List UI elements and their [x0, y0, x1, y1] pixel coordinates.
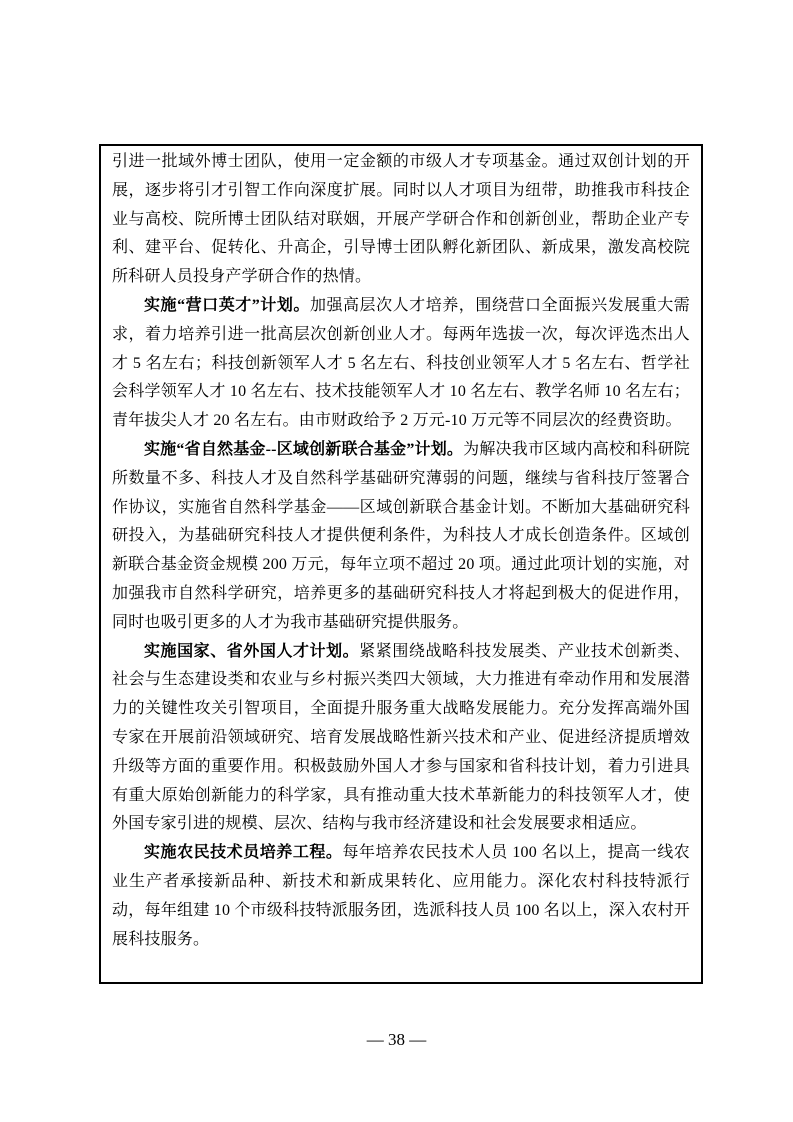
- document-page: 引进一批域外博士团队，使用一定金额的市级人才专项基金。通过双创计划的开展，逐步将…: [0, 0, 793, 1122]
- paragraph-body: 加强高层次人才培养，围绕营口全面振兴发展重大需求，着力培养引进一批高层次创新创业…: [112, 297, 690, 429]
- paragraph-lead: 实施国家、省外国人才计划。: [144, 643, 359, 660]
- content-border-box: 引进一批域外博士团队，使用一定金额的市级人才专项基金。通过双创计划的开展，逐步将…: [99, 144, 703, 984]
- paragraph-doctoral-teams-continuation: 引进一批域外博士团队，使用一定金额的市级人才专项基金。通过双创计划的开展，逐步将…: [112, 148, 690, 292]
- paragraph-lead: 实施“营口英才”计划。: [144, 297, 310, 314]
- paragraph-lead: 实施“省自然基金--区域创新联合基金”计划。: [144, 441, 463, 458]
- page-footer: — 38 —: [0, 1028, 793, 1052]
- paragraph-lead: 实施农民技术员培养工程。: [144, 844, 342, 861]
- paragraph-body: 紧紧围绕战略科技发展类、产业技术创新类、社会与生态建设类和农业与乡村振兴类四大领…: [112, 643, 690, 833]
- paragraph-foreign-talent-plan: 实施国家、省外国人才计划。紧紧围绕战略科技发展类、产业技术创新类、社会与生态建设…: [112, 638, 690, 840]
- paragraph-body: 为解决我市区域内高校和科研院所数量不多、科技人才及自然科学基础研究薄弱的问题，继…: [112, 441, 690, 631]
- page-number: — 38 —: [367, 1030, 427, 1049]
- paragraph-farmer-technician-program: 实施农民技术员培养工程。每年培养农民技术人员 100 名以上，提高一线农业生产者…: [112, 839, 690, 954]
- paragraph-yingkou-talent-plan: 实施“营口英才”计划。加强高层次人才培养，围绕营口全面振兴发展重大需求，着力培养…: [112, 292, 690, 436]
- paragraph-natural-fund-joint-plan: 实施“省自然基金--区域创新联合基金”计划。为解决我市区域内高校和科研院所数量不…: [112, 436, 690, 638]
- paragraph-body: 引进一批域外博士团队，使用一定金额的市级人才专项基金。通过双创计划的开展，逐步将…: [112, 153, 690, 285]
